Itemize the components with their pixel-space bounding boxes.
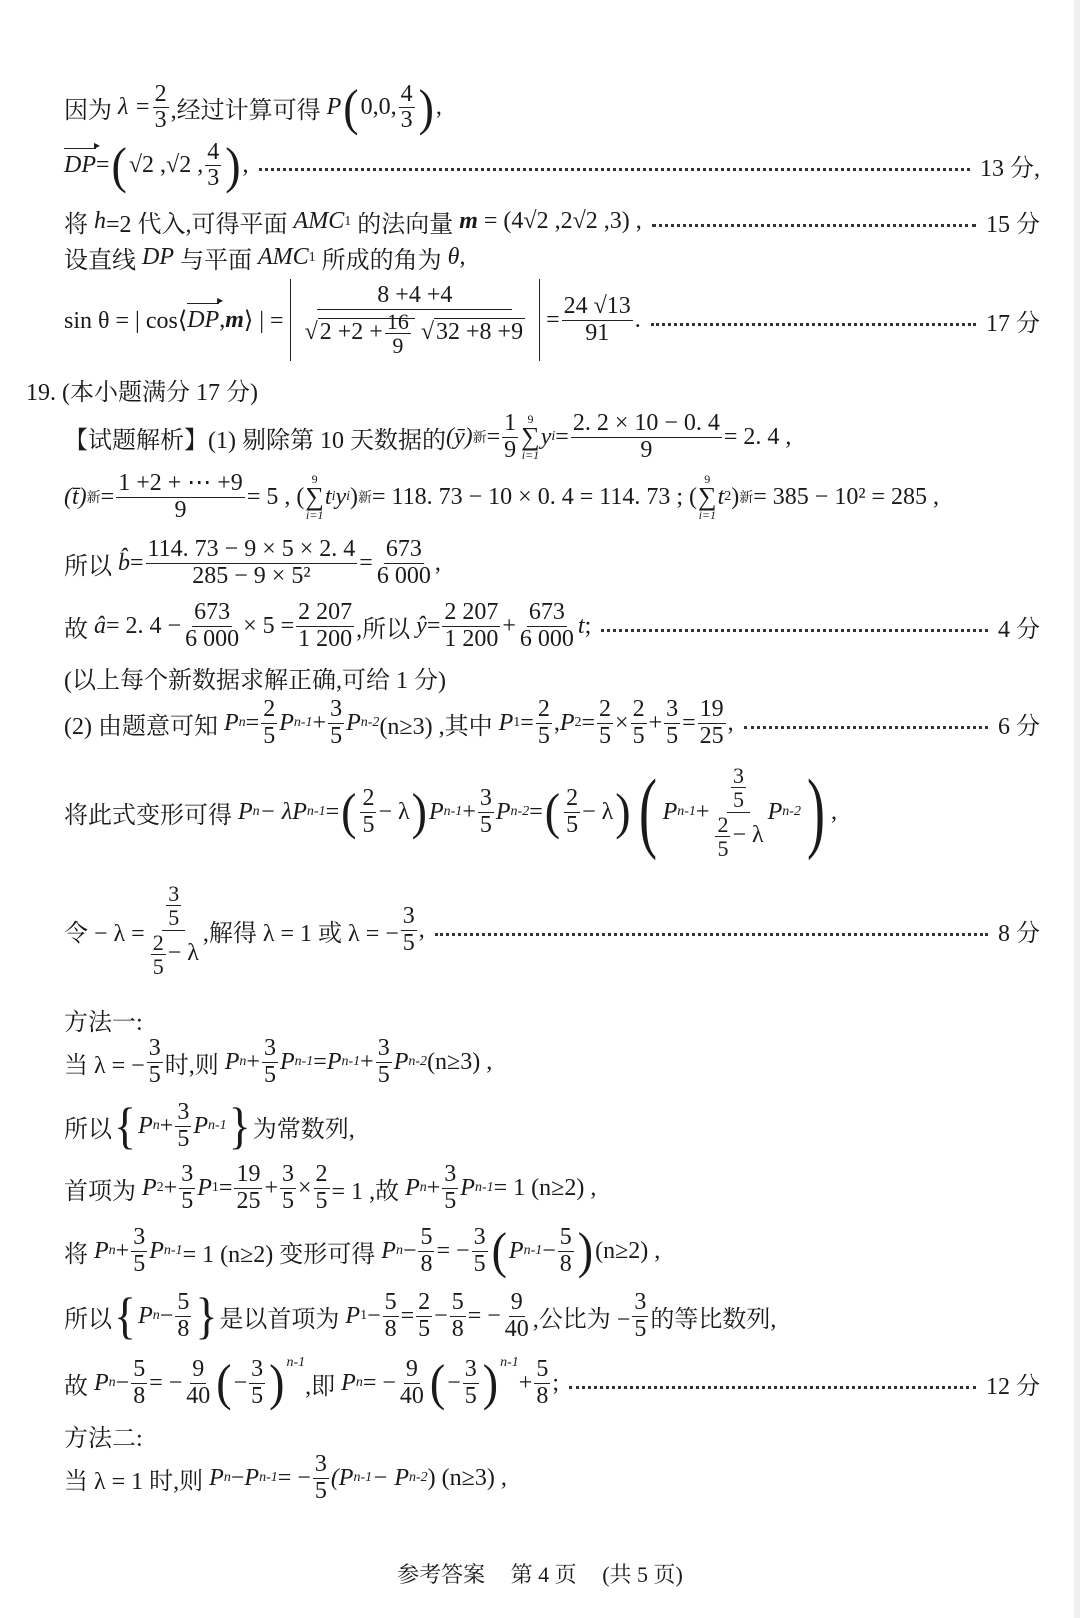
score-marker: 13 分, [980,148,1040,183]
line-dp: DP [142,244,174,271]
y-hat: ŷ [416,613,427,640]
fraction: 43 [205,140,221,191]
score-marker: 8 分 [998,913,1040,948]
q19-line-m1-constant: 所以{ Pn + 35Pn-1 }为常数列, [64,1100,1040,1152]
y-bar: (ȳ) [446,424,473,451]
q19-line-note: (以上每个新数据求解正确,可给 1 分) [64,660,1040,695]
coords: √2 ,√2 , [129,152,203,179]
dot-leader [744,726,988,729]
summation: 9∑i=1 [521,413,540,460]
fraction: 1 +2 + ⋯ +99 [116,471,245,522]
q19-line-m1-result: 故 Pn − 58 = − 940 (−35)n-1 ,即 Pn = − 940… [64,1355,1040,1411]
text: sin θ = | cos⟨ [64,306,187,335]
q18-line-normal-vector: 将 h =2 代入,可得平面 AMC1 的法向量 m = (4√2 ,2√2 ,… [64,204,1040,239]
q19-line-m1-rewrite: 将 Pn + 35Pn-1 = 1 (n≥2) 变形可得 Pn − 58 = −… [64,1225,1040,1277]
scan-edge [1074,0,1080,1618]
fraction: 19 [502,411,518,462]
q19-header: 19. (本小题满分 17 分) [26,372,1040,407]
scoring-note: (以上每个新数据求解正确,可给 1 分) [64,660,446,695]
b-hat: b̂ [118,550,130,577]
fraction: 2 2071 200 [442,600,500,651]
eq: = [96,152,110,179]
q19-line-m1-case: 当 λ = − 35 时,则 Pn + 35Pn-1 = Pn-1 + 35Pn… [64,1036,1040,1088]
dot-leader [601,629,988,632]
absolute-value: 8 +4 +4 √2 +2 +169 √32 +8 +9 [290,279,541,360]
q18-line-sin-theta: sin θ = | cos⟨ DP , m ⟩ | = 8 +4 +4 √2 +… [64,275,1040,365]
fraction: 23 [153,82,169,133]
a-hat: â [94,613,106,640]
text: 与平面 [180,240,252,275]
text: 所成的角为 [322,240,442,275]
text: 将 [64,204,88,239]
eq: = [546,307,560,334]
fraction: 43 [399,82,415,133]
q19-line-m2-case: 当 λ = 1 时,则 Pn − Pn-1 = − 35 (Pn-1 − Pn-… [64,1452,1040,1504]
q19-line-ybar: 【试题解析】(1) 剔除第 10 天数据的 (ȳ)新 = 19 9∑i=1 yi… [64,412,1040,462]
compound-fraction: 35 25− λ [711,764,765,859]
punct: , [436,94,442,121]
text: = (4√2 ,2√2 ,3) , [484,208,642,235]
plane-label: AMC [294,208,345,235]
q19-line-m1-geometric: 所以{ Pn − 58} 是以首项为 P1 − 58= 25− 58= − 94… [64,1290,1040,1342]
method-one-label: 方法一: [64,1002,1040,1037]
dot-leader [259,168,970,171]
text: ,经过计算可得 [171,90,321,125]
q18-line-angle: 设直线 DP 与平面 AMC1 所成的角为 θ , [64,240,1040,275]
score-marker: 4 分 [998,609,1040,644]
method-two-label: 方法二: [64,1418,1040,1453]
footer-label: 参考答案 [397,1562,485,1587]
question-header: 19. (本小题满分 17 分) [26,372,258,407]
fraction: 114. 73 − 9 × 5 × 2. 4285 − 9 × 5² [146,537,358,588]
dot-leader [569,1386,976,1389]
page-total: (共 5 页) [602,1562,683,1587]
t-bar: (t̄) [64,484,87,511]
method-heading: 方法一: [64,1002,143,1037]
fraction: 6736 000 [375,537,433,588]
q18-line-dp-vector: DP = (√2 ,√2 , 43) , 13 分, [64,140,1040,191]
theta: θ [448,244,460,271]
text: 的法向量 [357,204,453,239]
dot-leader [652,224,976,227]
q18-line-lambda: 因为 λ = 23 ,经过计算可得 P (0,0, 43) , [64,82,1040,133]
result: = 2. 4 , [724,424,792,451]
q19-line-b-hat: 所以 b̂ = 114. 73 − 9 × 5 × 2. 4285 − 9 × … [64,535,1040,591]
fraction: 2. 2 × 10 − 0. 49 [571,411,722,462]
fraction: 2 2071 200 [296,600,354,651]
text: 因为 [64,90,112,125]
score-marker: 6 分 [998,706,1040,741]
fraction: 8 +4 +4 √2 +2 +169 √32 +8 +9 [303,283,528,356]
summation: 9∑i=1 [698,473,717,520]
point-label: P [327,94,342,121]
q19-line-m1-first-term: 首项为 P2 + 35P1 = 1925+ 35× 25 = 1 ,故 Pn +… [64,1162,1040,1214]
lambda-eq: λ = [118,94,151,121]
text: 设直线 [64,240,136,275]
score-marker: 15 分 [986,204,1040,239]
q19-line-tbar: (t̄)新 = 1 +2 + ⋯ +99 = 5 , ( 9∑i=1 tiyi … [64,472,1040,522]
vector-dp: DP [187,307,219,334]
fraction: 24 √1391 [562,294,633,345]
compound-fraction: 35 25− λ [147,882,201,977]
analysis-label: 【试题解析】(1) 剔除第 10 天数据的 [64,420,446,455]
punct: . [635,307,641,334]
plane-label: AMC [258,244,309,271]
text: ⟩ | = [244,306,284,335]
summation: 9∑i=1 [305,473,324,520]
fraction: 6736 000 [518,600,576,651]
coords: 0,0, [361,94,397,121]
punct: , [243,152,249,179]
page-number: 第 4 页 [511,1562,577,1587]
score-marker: 17 分 [986,303,1040,338]
fraction: 6736 000 [183,600,241,651]
score-marker: 12 分 [986,1366,1040,1401]
var-h: h [94,208,106,235]
vector-m: m [225,307,244,334]
text: =2 代入,可得平面 [106,204,288,239]
dot-leader [435,933,988,936]
vector-m: m [459,208,478,235]
punct: , [459,244,465,271]
method-heading: 方法二: [64,1418,143,1453]
q19-line-transform: 将此式变形可得 Pn − λPn-1 = (25− λ) Pn-1 + 35Pn… [64,762,1040,862]
q19-line-solve-lambda: 令 − λ = 35 25− λ ,解得 λ = 1 或 λ = − 35, 8… [64,880,1040,980]
dot-leader [651,323,976,326]
q19-line-recurrence: (2) 由题意可知 Pn = 25Pn-1 + 35Pn-2 (n≥3) ,其中… [64,697,1040,749]
vector-dp: DP [64,152,96,179]
page-footer: 参考答案 第 4 页 (共 5 页) [0,1558,1080,1589]
q19-line-a-hat: 故 â = 2. 4 − 6736 000 × 5 = 2 2071 200 ,… [64,598,1040,654]
